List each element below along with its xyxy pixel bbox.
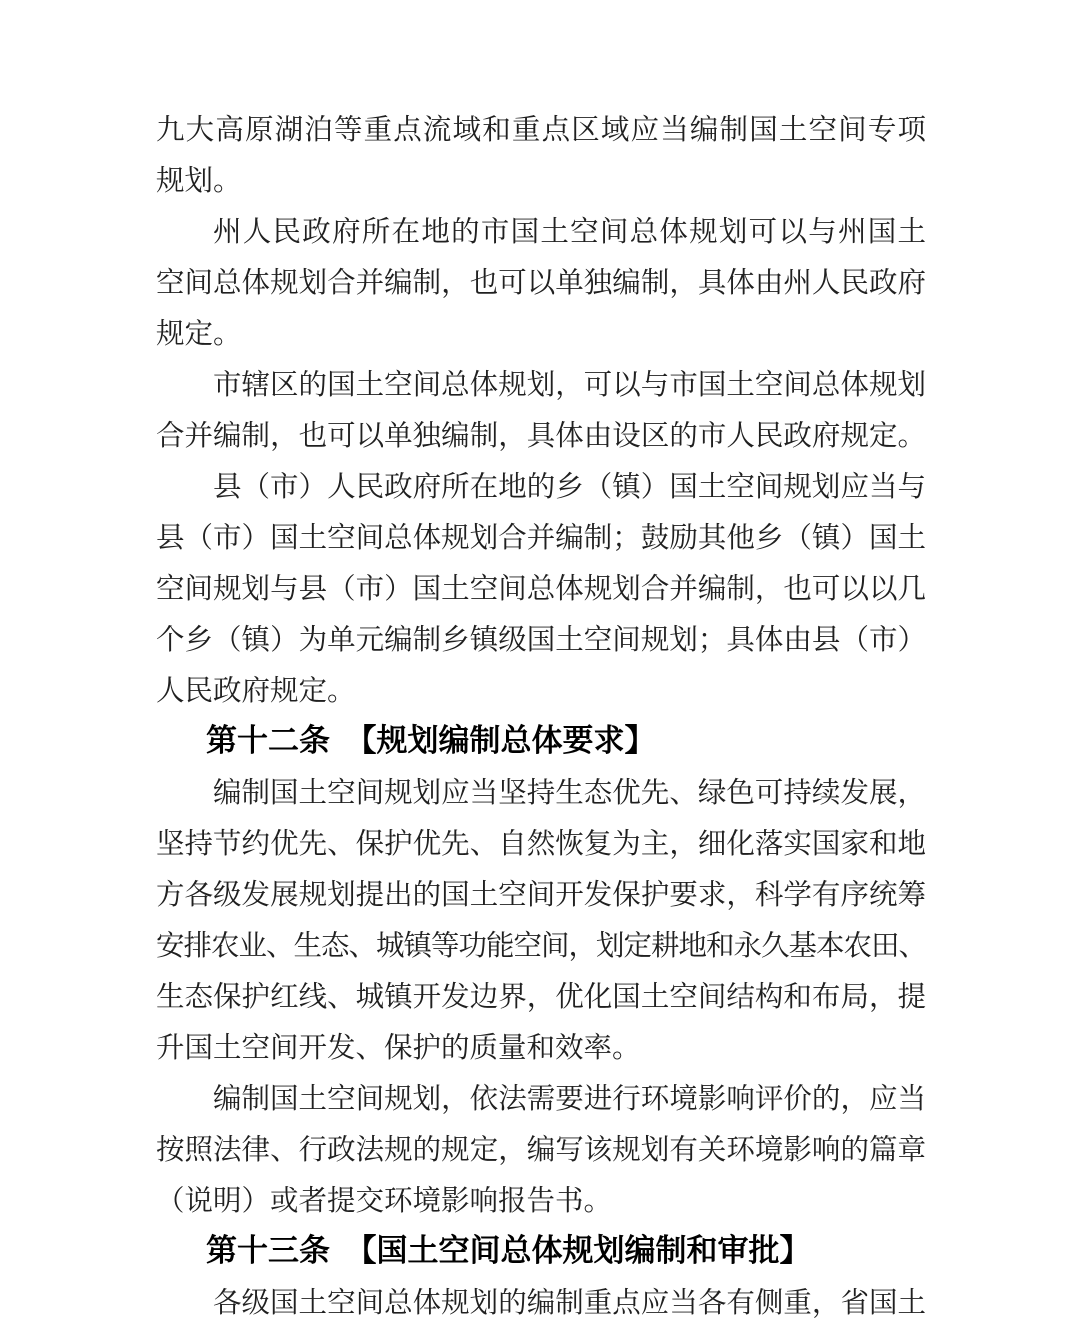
document-page: { "page": { "background": "#ffffff", "bo… [0, 0, 1080, 1328]
document-line: 编制国土空间规划应当坚持生态优先、绿色可持续发展， [156, 767, 926, 818]
document-line: 各级国土空间总体规划的编制重点应当各有侧重，省国土 [156, 1277, 926, 1328]
document-line: 坚持节约优先、保护优先、自然恢复为主，细化落实国家和地 [156, 818, 926, 869]
document-line: 九大高原湖泊等重点流域和重点区域应当编制国土空间专项 [156, 104, 926, 155]
document-line: 规划。 [156, 155, 926, 206]
document-line: 空间规划与县（市）国土空间总体规划合并编制，也可以以几 [156, 563, 926, 614]
article-13-heading: 第十三条 【国土空间总体规划编制和审批】 [156, 1226, 926, 1277]
document-line: 安排农业、生态、城镇等功能空间，划定耕地和永久基本农田、 [156, 920, 926, 971]
document-line: 空间总体规划合并编制，也可以单独编制，具体由州人民政府 [156, 257, 926, 308]
document-line: 规定。 [156, 308, 926, 359]
document-line: 合并编制，也可以单独编制，具体由设区的市人民政府规定。 [156, 410, 926, 461]
document-line: 方各级发展规划提出的国土空间开发保护要求，科学有序统筹 [156, 869, 926, 920]
article-12-heading: 第十二条 【规划编制总体要求】 [156, 716, 926, 767]
document-line: 编制国土空间规划，依法需要进行环境影响评价的，应当 [156, 1073, 926, 1124]
document-line: 个乡（镇）为单元编制乡镇级国土空间规划；具体由县（市） [156, 614, 926, 665]
document-line: 县（市）国土空间总体规划合并编制；鼓励其他乡（镇）国土 [156, 512, 926, 563]
document-line: 生态保护红线、城镇开发边界，优化国土空间结构和布局，提 [156, 971, 926, 1022]
document-text-block: 九大高原湖泊等重点流域和重点区域应当编制国土空间专项 规划。 州人民政府所在地的… [156, 104, 926, 1328]
document-line: 州人民政府所在地的市国土空间总体规划可以与州国土 [156, 206, 926, 257]
document-line: 升国土空间开发、保护的质量和效率。 [156, 1022, 926, 1073]
document-line: 县（市）人民政府所在地的乡（镇）国土空间规划应当与 [156, 461, 926, 512]
document-line: （说明）或者提交环境影响报告书。 [156, 1175, 926, 1226]
document-line: 人民政府规定。 [156, 665, 926, 716]
document-line: 市辖区的国土空间总体规划，可以与市国土空间总体规划 [156, 359, 926, 410]
document-line: 按照法律、行政法规的规定，编写该规划有关环境影响的篇章 [156, 1124, 926, 1175]
